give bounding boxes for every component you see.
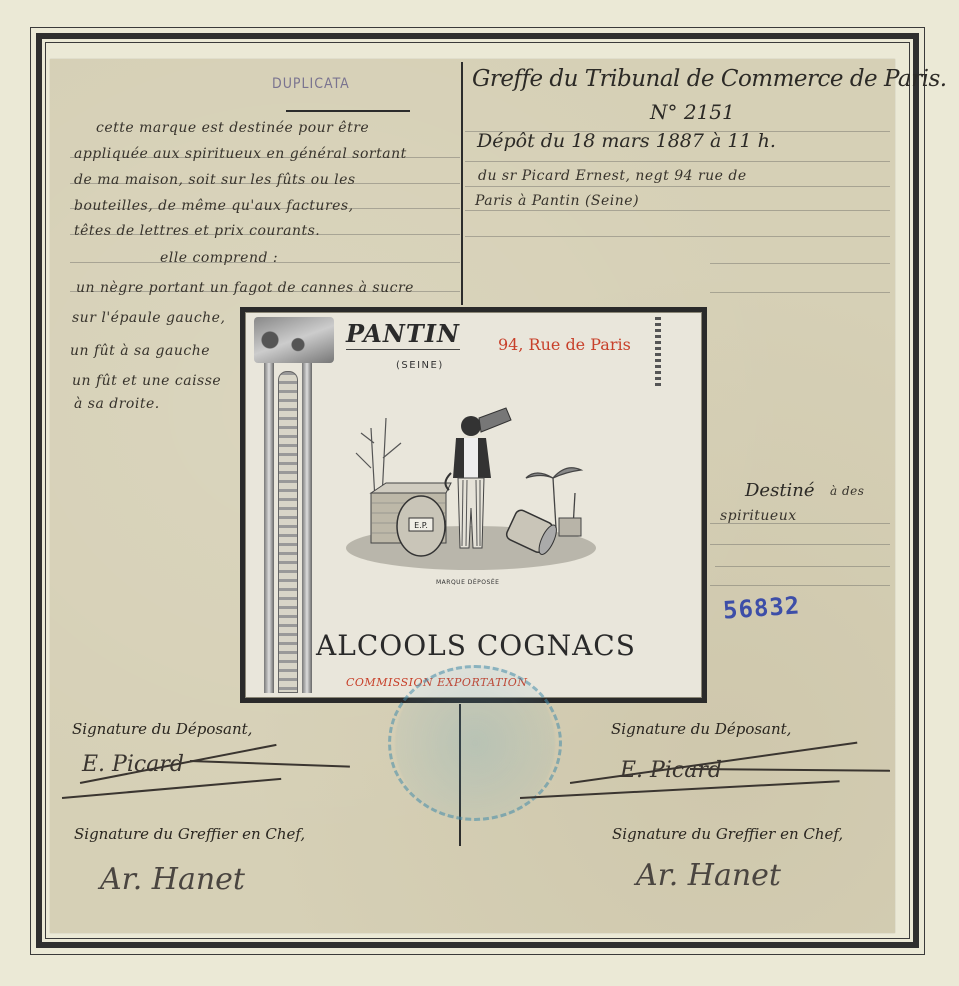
label-caption: MARQUE DÉPOSÉE [436,579,499,586]
ruled-line [465,161,890,162]
depositor-signature-label: Signature du Déposant, [72,720,252,738]
ornamental-column [254,313,312,697]
ruled-line [710,263,890,264]
duplicata-stamp: DUPLICATA [272,76,350,92]
description-line: un fût et une caisse [72,373,221,389]
ruled-line [465,210,890,211]
destination-label: Destiné [745,480,815,501]
description-line: elle comprend : [160,250,278,266]
court-title: Greffe du Tribunal de Commerce de Paris. [472,66,947,92]
depositor-line: du sr Picard Ernest, negt 94 rue de [478,168,747,184]
description-line: un fût à sa gauche [70,343,210,359]
svg-text:E.P.: E.P. [414,521,428,530]
label-town: PANTIN [346,319,460,350]
clerk-signature: Ar. Hanet [636,858,781,893]
filing-number: N° 2151 [650,100,735,124]
ruled-line [710,292,890,293]
description-line: têtes de lettres et prix courants. [74,223,320,239]
location-line: Paris à Pantin (Seine) [475,193,639,209]
serial-number-stamp: 56832 [722,591,801,624]
deposit-date: Dépôt du 18 mars 1887 à 11 h. [477,130,776,152]
vine-ornament [655,317,661,387]
ruled-line [715,566,890,567]
stamp-underline [286,110,410,112]
destination-value: spiritueux [720,508,797,524]
column-divider [461,62,463,305]
ruled-line [465,186,890,187]
destination-suffix: à des [830,484,864,498]
clerk-signature-label: Signature du Greffier en Chef, [612,825,843,843]
description-line: cette marque est destinée pour être [96,120,369,136]
description-line: un nègre portant un fagot de cannes à su… [76,280,414,296]
engraving-illustration: E.P. [341,398,601,573]
label-product: ALCOOLS COGNACS [316,629,636,662]
ruled-line [710,544,890,545]
ruled-line [710,585,890,586]
label-department: (SEINE) [396,360,444,371]
label-address: 94, Rue de Paris [498,335,631,354]
description-line: appliquée aux spiritueux en général sort… [74,146,407,162]
description-line: sur l'épaule gauche, [72,310,225,326]
trademark-label: PANTIN 94, Rue de Paris (SEINE) E.P. [240,307,707,703]
description-line: bouteilles, de même qu'aux factures, [74,198,354,214]
clerk-signature: Ar. Hanet [100,862,245,897]
description-line: à sa droite. [74,396,160,412]
clerk-signature-label: Signature du Greffier en Chef, [74,825,305,843]
depositor-signature-label: Signature du Déposant, [611,720,791,738]
description-line: de ma maison, soit sur les fûts ou les [74,172,356,188]
ruled-line [465,236,890,237]
